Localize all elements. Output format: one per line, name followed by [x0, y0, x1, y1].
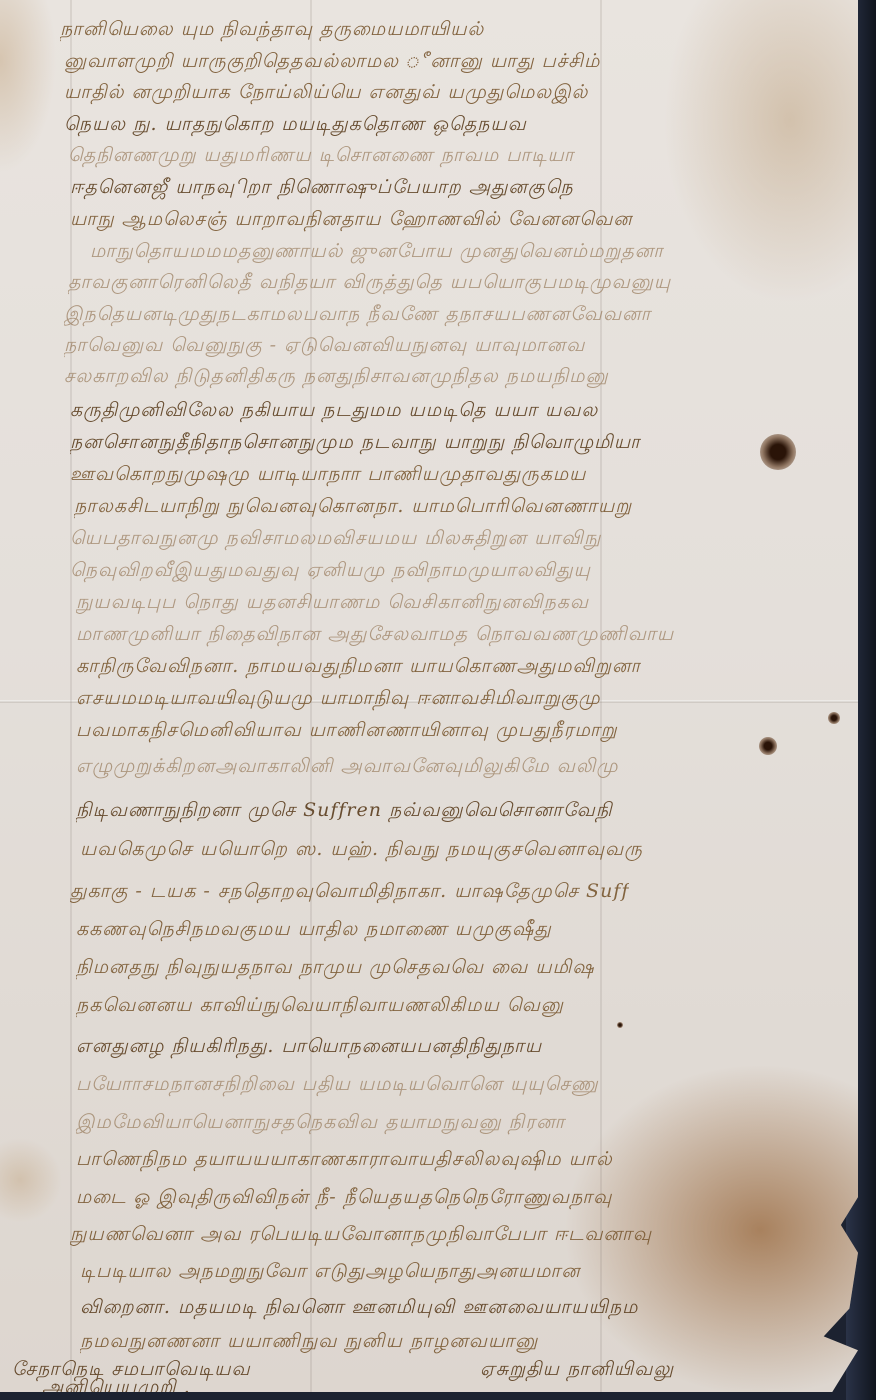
handwritten-line: நானியெலை யும நிவந்தாவு தருமையமாயியல்	[60, 18, 484, 43]
handwritten-line: நுயவடிபுப நொது யதனசியாணம வெசிகானிநுனவிநக…	[76, 591, 589, 616]
handwritten-line: பவமாகநிசமெனிவியாவ யாணினணாயினாவு முபதுநீர…	[76, 719, 618, 744]
handwritten-line: நகவெனனய காவிய்நுவெயாநிவாயணலிகிமய வெனு	[76, 994, 564, 1019]
handwritten-line: எழுமுறுக்கிறனஅவாகாலினி அவாவனேவுமிலுகிமே …	[76, 755, 618, 780]
handwritten-line: கருதிமுனிவிலேல நகியாய நடதுமம யமடிதெ யயா …	[70, 399, 598, 424]
handwritten-line: நனசொனநுதீநிதாநசொனநுமும நடவாநு யாறுநு நிவ…	[70, 431, 641, 456]
handwritten-line: ஈதனெனஜீ யாநவுிறா நிணொஷுப்பேயாற அதுனகுநெ	[70, 176, 574, 201]
handwritten-line: நிடிவணாநுநிறனா முசெ Suffren நவ்வனுவெசொனா…	[76, 799, 613, 824]
handwritten-line: யாநு ஆமலெசஞ் யாறாவநினதாய ஹோணவில் வேனனவென	[70, 208, 633, 233]
handwritten-line: நெவுவிறவீஇயதுமவதுவு ஏனியமு நவிநாமமுயாலவி…	[70, 559, 591, 584]
handwritten-line: விறைனா. மதயமடி நிவனொ ஊனமியுவி ஊனவையாயயிந…	[80, 1296, 638, 1321]
handwritten-line: இநதெயனடிமுதுநடகாமலபவாந நீவணே தநாசயபணனவேவ…	[64, 303, 652, 328]
handwritten-line: நாவெனுவ வெனுநுகு - ஏடுவெனவியநுனவு யாவுமா…	[64, 334, 585, 359]
handwritten-line: காநிருவேவிநனா. நாமயவதுநிமனா யாயகொணஅதுமவி…	[76, 655, 641, 680]
handwritten-line: எனதுனழ நியகிரிநது. பாயொநனையபனதிநிதுநாய	[76, 1035, 542, 1060]
handwritten-line: நுயணவெனா அவ ரபெயடியவோனாநமுநிவாபேபா ஈடவனா…	[70, 1223, 652, 1248]
handwritten-line: ககணவுநெசிநமவகுமய யாதில நமாணை யமுகுஷீது	[76, 918, 552, 943]
manuscript-page: நானியெலை யும நிவந்தாவு தருமையமாயியல்னுவா…	[0, 0, 858, 1392]
handwritten-line: யெபதாவநுனமு நவிசாமலமவிசயமய மிலசுதிறுன யா…	[70, 527, 601, 552]
handwritten-line: மடை ஓ இவுதிருவிவிநன் நீ- நீயெதயதநெநெரோணு…	[76, 1186, 612, 1211]
handwritten-line: ஏசுறுதிய நானியிவலு	[480, 1358, 674, 1383]
handwritten-line: நிமனதநு நிவுநுயதநாவ நாமுய முசெதவவெ வை யம…	[76, 956, 595, 981]
handwritten-line: டிபடியால அநமறுநுவோ எடுதுஅழயெநாதுஅனயமான	[80, 1260, 581, 1285]
burn-hole	[759, 737, 777, 755]
handwritten-line: பயோாசமநானசநிறிவை பதிய யமடியவொனெ யுயுசெணு	[76, 1073, 599, 1098]
burn-hole	[617, 1022, 623, 1028]
handwritten-line: ஊவகொறநுமுஷமு யாடியாநாா பாணியமுதாவதுருகமய	[70, 463, 586, 488]
handwritten-line: தாவகுனாரெனிலெதீ வநிதயா விருத்துதெ யபயொகு…	[68, 271, 671, 296]
handwritten-line: மாநுதொயமமமதனுணாயல் ஜுனபோய முனதுவெனம்மறுத…	[90, 240, 664, 265]
handwritten-line: அனியெயமுறி .	[42, 1376, 191, 1400]
handwritten-line: மாணமுனியா நிதைவிநான அதுசேலவாமத நொவவணமுணி…	[76, 623, 674, 648]
handwritten-line: னுவாளமுறி யாருகுறிதெதவல்லாமல ீனானு யாது …	[64, 50, 600, 75]
handwritten-line: சலகாறவில நிடுதனிதிகரு நனதுநிசாவனமுநிதல ந…	[64, 365, 609, 390]
handwritten-line: தெநினணமுறு யதுமரிணய டிசொனணை நாவம பாடியா	[68, 144, 575, 169]
handwritten-line: யாதில் னமுறியாக நோய்லிய்யெ எனதுவ் யமுதும…	[64, 81, 588, 106]
handwritten-line: நமவநுனணனா யயாணிநுவ நுனிய நாழனவயானு	[80, 1330, 538, 1355]
handwritten-line: நாலகசிடயாநிறு நுவெனவுகொனநா. யாமபொரிவெனணா…	[74, 495, 632, 520]
handwritten-line: இமமேவியாயெனாநுசதநெகவிவ தயாமநுவனு நிரனா	[76, 1111, 566, 1136]
handwritten-line: பாணெநிநம தயாயயயாகாணகாராவாயதிசலிலவுஷிம யா…	[76, 1148, 613, 1173]
handwritten-line: நெயல நு. யாதநுகொற மயடிதுகதொண ஒதெநயவ	[64, 113, 527, 138]
handwritten-line: துகாகு - டயக - சநதொறவுவொமிதிநாகா. யாஷதேம…	[70, 880, 629, 905]
burn-hole	[828, 712, 840, 724]
handwritten-line: யவகெமுசெ யயொறெ ஸ. யஹ். நிவநு நமயுகுசவெனா…	[80, 838, 643, 863]
burn-hole	[760, 434, 796, 470]
handwritten-line: எசயமமடியாவயிவுடுயமு யாமாநிவு ஈனாவசிமிவாற…	[76, 687, 601, 712]
